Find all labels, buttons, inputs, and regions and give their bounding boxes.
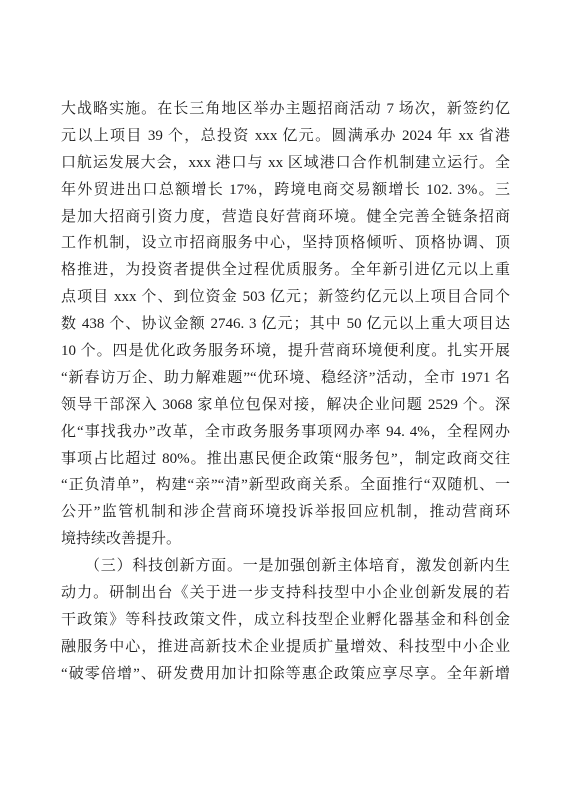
text-line: 融服务中心，推进高新技术企业提质扩量增效、科技型中小企业 <box>61 634 510 661</box>
text-line: 是加大招商引资力度，营造良好营商环境。健全完善全链条招商 <box>61 204 510 231</box>
text-line: 干政策》等科技政策文件，成立科技型企业孵化器基金和科创金 <box>61 607 510 634</box>
text-line-paragraph-end: 境持续改善提升。 <box>61 526 510 553</box>
text-line: 动力。研制出台《关于进一步支持科技型中小企业创新发展的若 <box>61 580 510 607</box>
text-line: 点项目 xxx 个、到位资金 503 亿元；新签约亿元以上项目合同个 <box>61 284 510 311</box>
text-line: 公开”监管机制和涉企营商环境投诉举报回应机制，推动营商环 <box>61 499 510 526</box>
text-line: “正负清单”，构建“亲”“清”新型政商关系。全面推行“双随机、一 <box>61 472 510 499</box>
text-line: 10 个。四是优化政务服务环境，提升营商环境便利度。扎实开展 <box>61 338 510 365</box>
text-line: “新春访万企、助力解难题”“优环境、稳经济”活动，全市 1971 名 <box>61 365 510 392</box>
text-line: 年外贸进出口总额增长 17%，跨境电商交易额增长 102. 3%。三 <box>61 177 510 204</box>
document-page: 大战略实施。在长三角地区举办主题招商活动 7 场次，新签约亿 元以上项目 39 … <box>0 0 570 807</box>
text-line: 元以上项目 39 个，总投资 xxx 亿元。圆满承办 2024 年 xx 省港 <box>61 123 510 150</box>
text-line: “破零倍增”、研发费用加计扣除等惠企政策应享尽享。全年新增 <box>61 661 510 688</box>
text-line: 工作机制，设立市招商服务中心，坚持顶格倾听、顶格协调、顶 <box>61 230 510 257</box>
text-line: 大战略实施。在长三角地区举办主题招商活动 7 场次，新签约亿 <box>61 96 510 123</box>
text-line: 领导干部深入 3068 家单位包保对接，解决企业问题 2529 个。深 <box>61 392 510 419</box>
text-line: 口航运发展大会，xxx 港口与 xx 区域港口合作机制建立运行。全 <box>61 150 510 177</box>
text-line: 事项占比超过 80%。推出惠民便企政策“服务包”，制定政商交往 <box>61 446 510 473</box>
text-line: 格推进，为投资者提供全过程优质服务。全年新引进亿元以上重 <box>61 257 510 284</box>
text-line: 化“事找我办”改革，全市政务服务事项网办率 94. 4%，全程网办 <box>61 419 510 446</box>
text-line: 数 438 个、协议金额 2746. 3 亿元；其中 50 亿元以上重大项目达 <box>61 311 510 338</box>
text-block: 大战略实施。在长三角地区举办主题招商活动 7 场次，新签约亿 元以上项目 39 … <box>61 96 510 688</box>
text-line-paragraph-start: （三）科技创新方面。一是加强创新主体培育，激发创新内生 <box>61 553 510 580</box>
